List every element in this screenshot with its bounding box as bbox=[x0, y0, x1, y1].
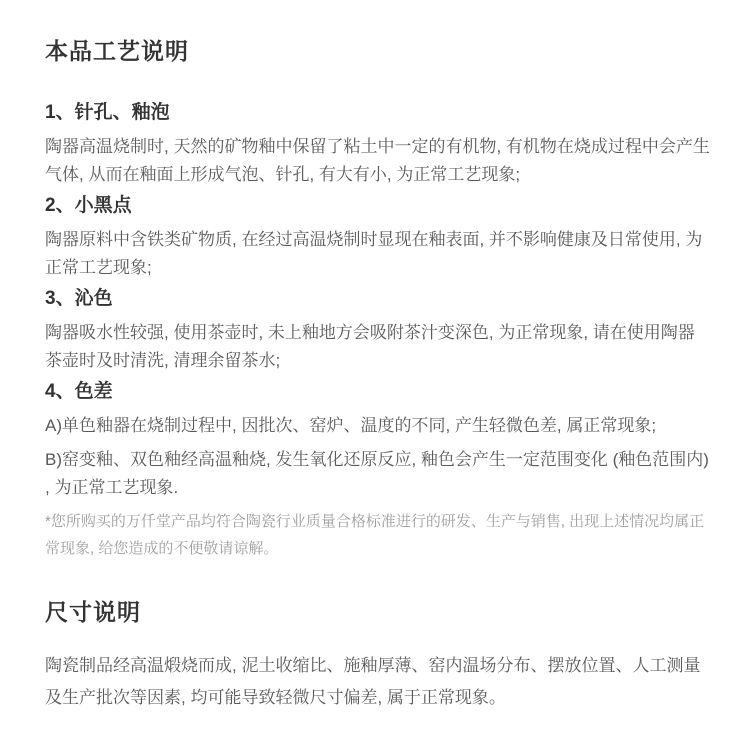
product-description-page: 本品工艺说明 1、针孔、釉泡 陶器高温烧制时, 天然的矿物釉中保留了粘土中一定的… bbox=[0, 0, 750, 714]
section-heading-color-absorption: 3、沁色 bbox=[45, 288, 710, 309]
section-color-difference: 4、色差 A)单色釉器在烧制过程中, 因批次、窑炉、温度的不同, 产生轻微色差,… bbox=[45, 381, 710, 502]
section-color-absorption: 3、沁色 陶器吸水性较强, 使用茶壶时, 未上釉地方会吸附茶汁变深色, 为正常现… bbox=[45, 288, 710, 375]
section-body-black-dots: 陶器原料中含铁类矿物质, 在经过高温烧制时显现在釉表面, 并不影响健康及日常使用… bbox=[45, 226, 710, 282]
section-body-color-difference-b: B)窑变釉、双色釉经高温釉烧, 发生氧化还原反应, 釉色会产生一定范围变化 (釉… bbox=[45, 446, 710, 502]
size-section-body: 陶瓷制品经高温煅烧而成, 泥土收缩比、施釉厚薄、窑内温场分布、摆放位置、人工测量… bbox=[45, 650, 710, 714]
section-heading-black-dots: 2、小黑点 bbox=[45, 195, 710, 216]
section-heading-pinholes: 1、针孔、釉泡 bbox=[45, 102, 710, 123]
section-body-color-difference-a: A)单色釉器在烧制过程中, 因批次、窑炉、温度的不同, 产生轻微色差, 属正常现… bbox=[45, 412, 710, 440]
craft-section-title: 本品工艺说明 bbox=[45, 40, 710, 63]
quality-disclaimer-footnote: *您所购买的万仟堂产品均符合陶瓷行业质量合格标准进行的研发、生产与销售, 出现上… bbox=[45, 508, 710, 562]
section-body-color-absorption: 陶器吸水性较强, 使用茶壶时, 未上釉地方会吸附茶汁变深色, 为正常现象, 请在… bbox=[45, 319, 710, 375]
size-section-title: 尺寸说明 bbox=[45, 601, 710, 624]
section-black-dots: 2、小黑点 陶器原料中含铁类矿物质, 在经过高温烧制时显现在釉表面, 并不影响健… bbox=[45, 195, 710, 282]
section-heading-color-difference: 4、色差 bbox=[45, 381, 710, 402]
section-pinholes-glaze-bubbles: 1、针孔、釉泡 陶器高温烧制时, 天然的矿物釉中保留了粘土中一定的有机物, 有机… bbox=[45, 102, 710, 189]
section-body-pinholes: 陶器高温烧制时, 天然的矿物釉中保留了粘土中一定的有机物, 有机物在烧成过程中会… bbox=[45, 133, 710, 189]
